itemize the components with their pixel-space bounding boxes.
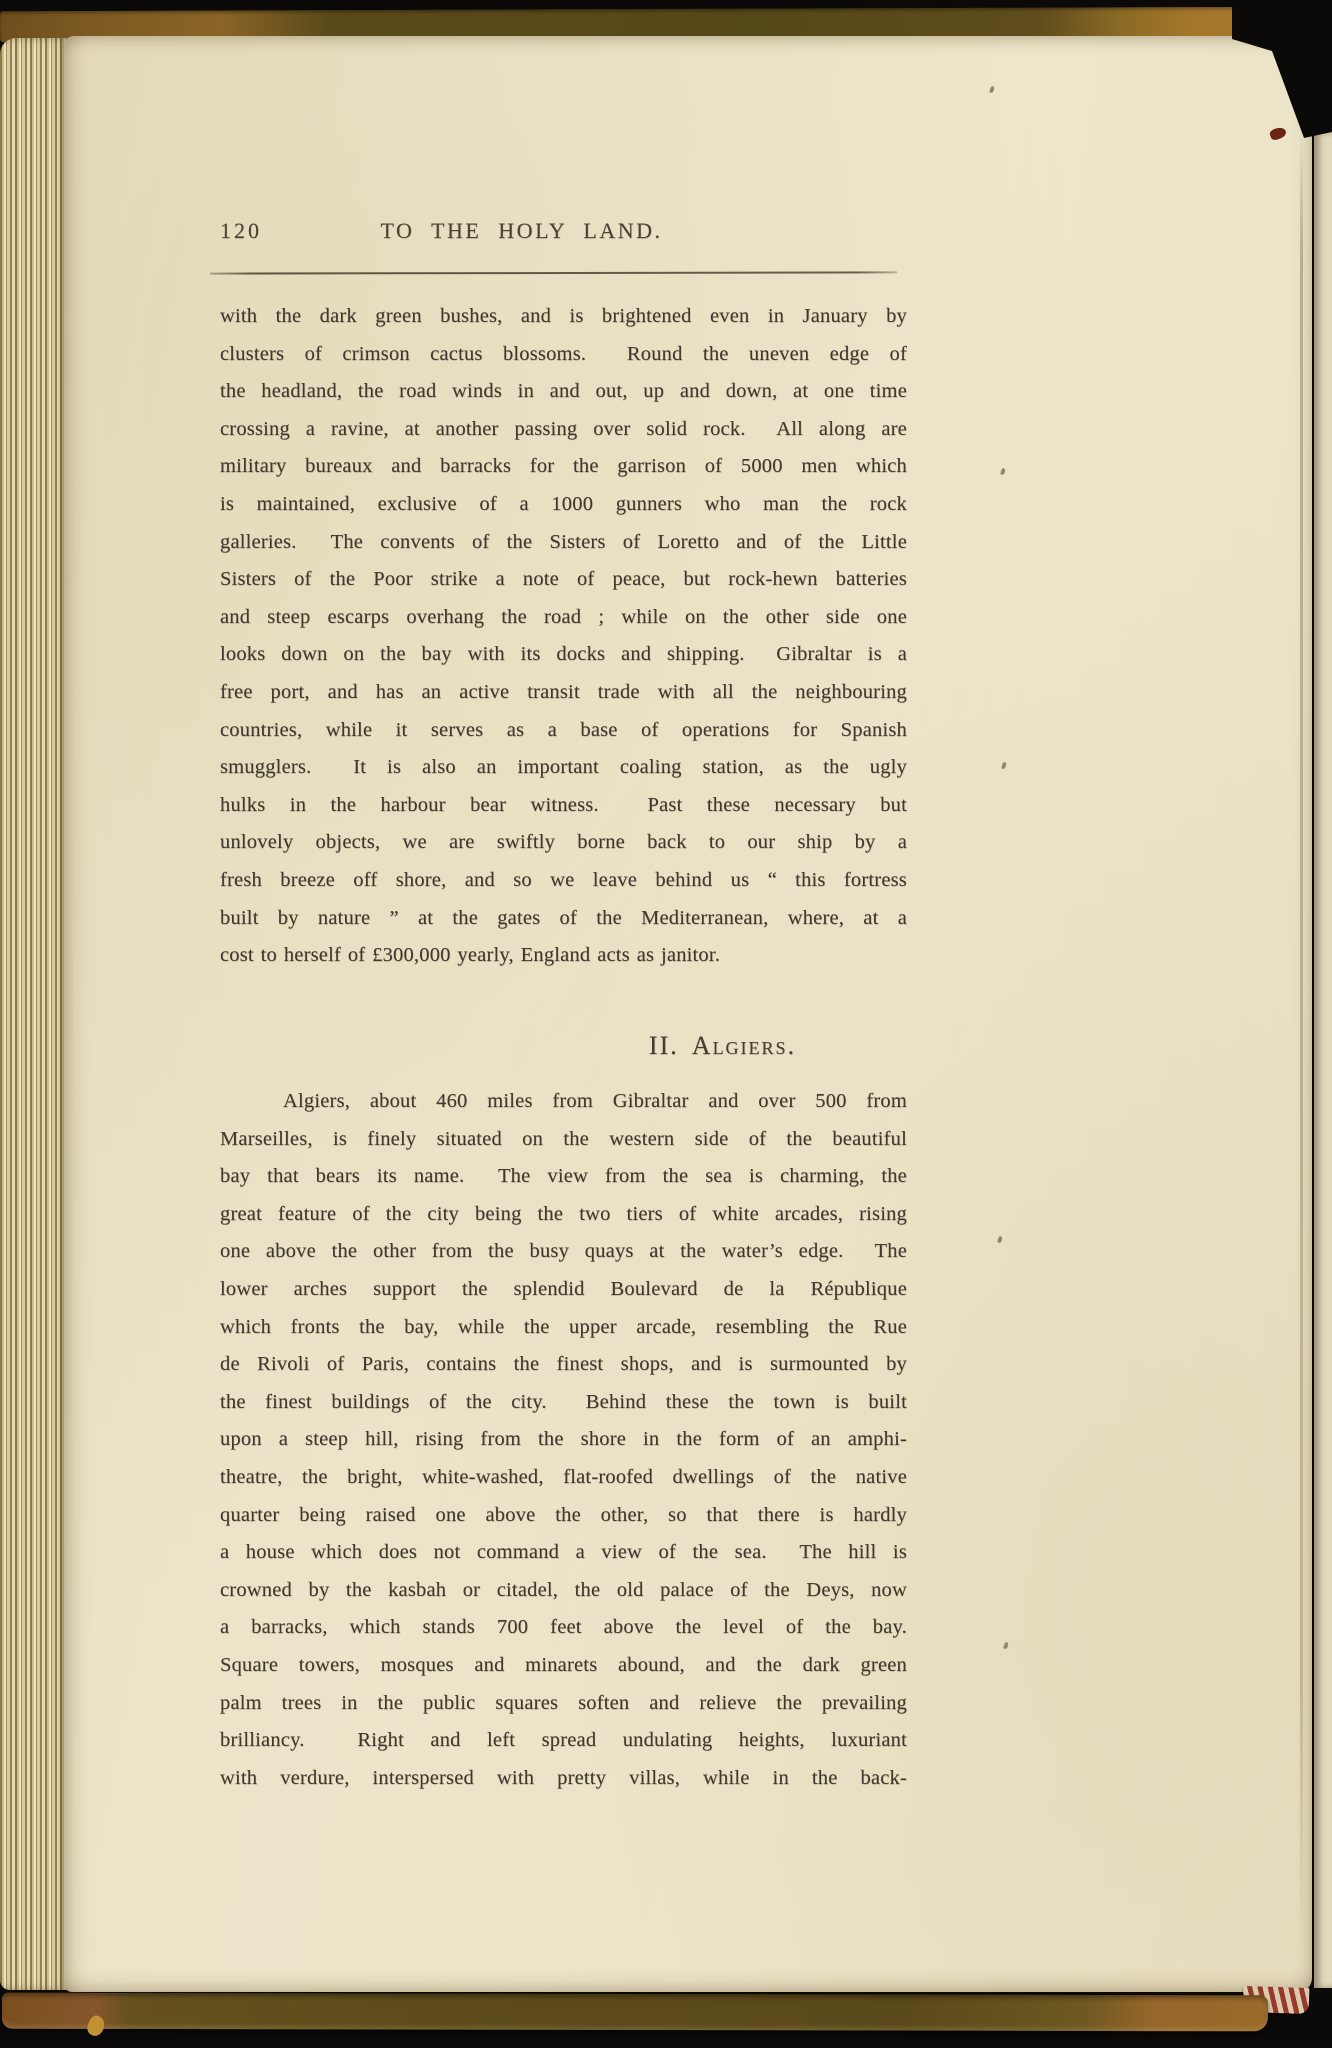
text-line: the finest buildings of the city. Behind… bbox=[220, 1384, 907, 1422]
text-line: a barracks, which stands 700 feet above … bbox=[220, 1609, 907, 1647]
header-rule bbox=[210, 271, 897, 274]
text-line: theatre, the bright, white-washed, flat-… bbox=[220, 1459, 907, 1497]
text-line: which fronts the bay, while the upper ar… bbox=[220, 1309, 907, 1347]
text-line: clusters of crimson cactus blossoms. Rou… bbox=[220, 336, 907, 374]
book-page: 120 TO THE HOLY LAND. with the dark gree… bbox=[64, 36, 1312, 1992]
text-line: fresh breeze off shore, and so we leave … bbox=[220, 862, 907, 900]
text-line: Square towers, mosques and minarets abou… bbox=[220, 1647, 907, 1685]
text-line: de Rivoli of Paris, contains the finest … bbox=[220, 1346, 907, 1384]
text-line: with verdure, interspersed with pretty v… bbox=[220, 1760, 907, 1798]
text-line: great feature of the city being the two … bbox=[220, 1196, 907, 1234]
text-line: Sisters of the Poor strike a note of pea… bbox=[220, 561, 907, 599]
text-line: free port, and has an active transit tra… bbox=[220, 674, 907, 712]
page-edges-stack bbox=[0, 38, 70, 1990]
paragraph-2: Algiers, about 460 miles from Gibraltar … bbox=[220, 1083, 907, 1797]
text-line: crowned by the kasbah or citadel, the ol… bbox=[220, 1572, 907, 1610]
text-line: one above the other from the busy quays … bbox=[220, 1233, 907, 1271]
page-crease-line bbox=[1300, 136, 1303, 1946]
book-cover-bottom-edge bbox=[2, 1993, 1268, 2032]
text-line: Marseilles, is finely situated on the we… bbox=[220, 1121, 907, 1159]
text-line: bay that bears its name. The view from t… bbox=[220, 1158, 907, 1196]
page-speck bbox=[1003, 1642, 1009, 1650]
text-line: the headland, the road winds in and out,… bbox=[220, 373, 907, 411]
paragraph-1: with the dark green bushes, and is brigh… bbox=[220, 298, 907, 975]
text-line: crossing a ravine, at another passing ov… bbox=[220, 411, 907, 449]
text-line: with the dark green bushes, and is brigh… bbox=[220, 298, 907, 336]
scanned-book-photo: 120 TO THE HOLY LAND. with the dark gree… bbox=[0, 0, 1332, 2048]
text-line: smugglers. It is also an important coali… bbox=[220, 749, 907, 787]
text-line: brilliancy. Right and left spread undula… bbox=[220, 1722, 907, 1760]
adjacent-page-edge bbox=[1314, 132, 1332, 1988]
page-speck bbox=[1000, 468, 1006, 476]
text-line: quarter being raised one above the other… bbox=[220, 1497, 907, 1535]
text-line: upon a steep hill, rising from the shore… bbox=[220, 1421, 907, 1459]
page-speck bbox=[989, 86, 995, 94]
text-line: looks down on the bay with its docks and… bbox=[220, 636, 907, 674]
text-line: hulks in the harbour bear witness. Past … bbox=[220, 787, 907, 825]
text-line: countries, while it serves as a base of … bbox=[220, 712, 907, 750]
text-line: Algiers, about 460 miles from Gibraltar … bbox=[220, 1083, 907, 1121]
text-line: built by nature ” at the gates of the Me… bbox=[220, 900, 907, 938]
text-line: cost to herself of £300,000 yearly, Engl… bbox=[220, 937, 907, 975]
text-line: is maintained, exclusive of a 1000 gunne… bbox=[220, 486, 907, 524]
text-line: and steep escarps overhang the road ; wh… bbox=[220, 599, 907, 637]
running-title: TO THE HOLY LAND. bbox=[179, 218, 864, 244]
page-speck bbox=[997, 1236, 1003, 1244]
text-line: military bureaux and barracks for the ga… bbox=[220, 448, 907, 486]
text-line: unlovely objects, we are swiftly borne b… bbox=[220, 824, 907, 862]
text-line: galleries. The convents of the Sisters o… bbox=[220, 524, 907, 562]
page-speck bbox=[1001, 762, 1007, 770]
text-line: lower arches support the splendid Boulev… bbox=[220, 1271, 907, 1309]
text-line: a house which does not command a view of… bbox=[220, 1534, 907, 1572]
section-heading: II. Algiers. bbox=[379, 1031, 1066, 1061]
text-line: palm trees in the public squares soften … bbox=[220, 1685, 907, 1723]
